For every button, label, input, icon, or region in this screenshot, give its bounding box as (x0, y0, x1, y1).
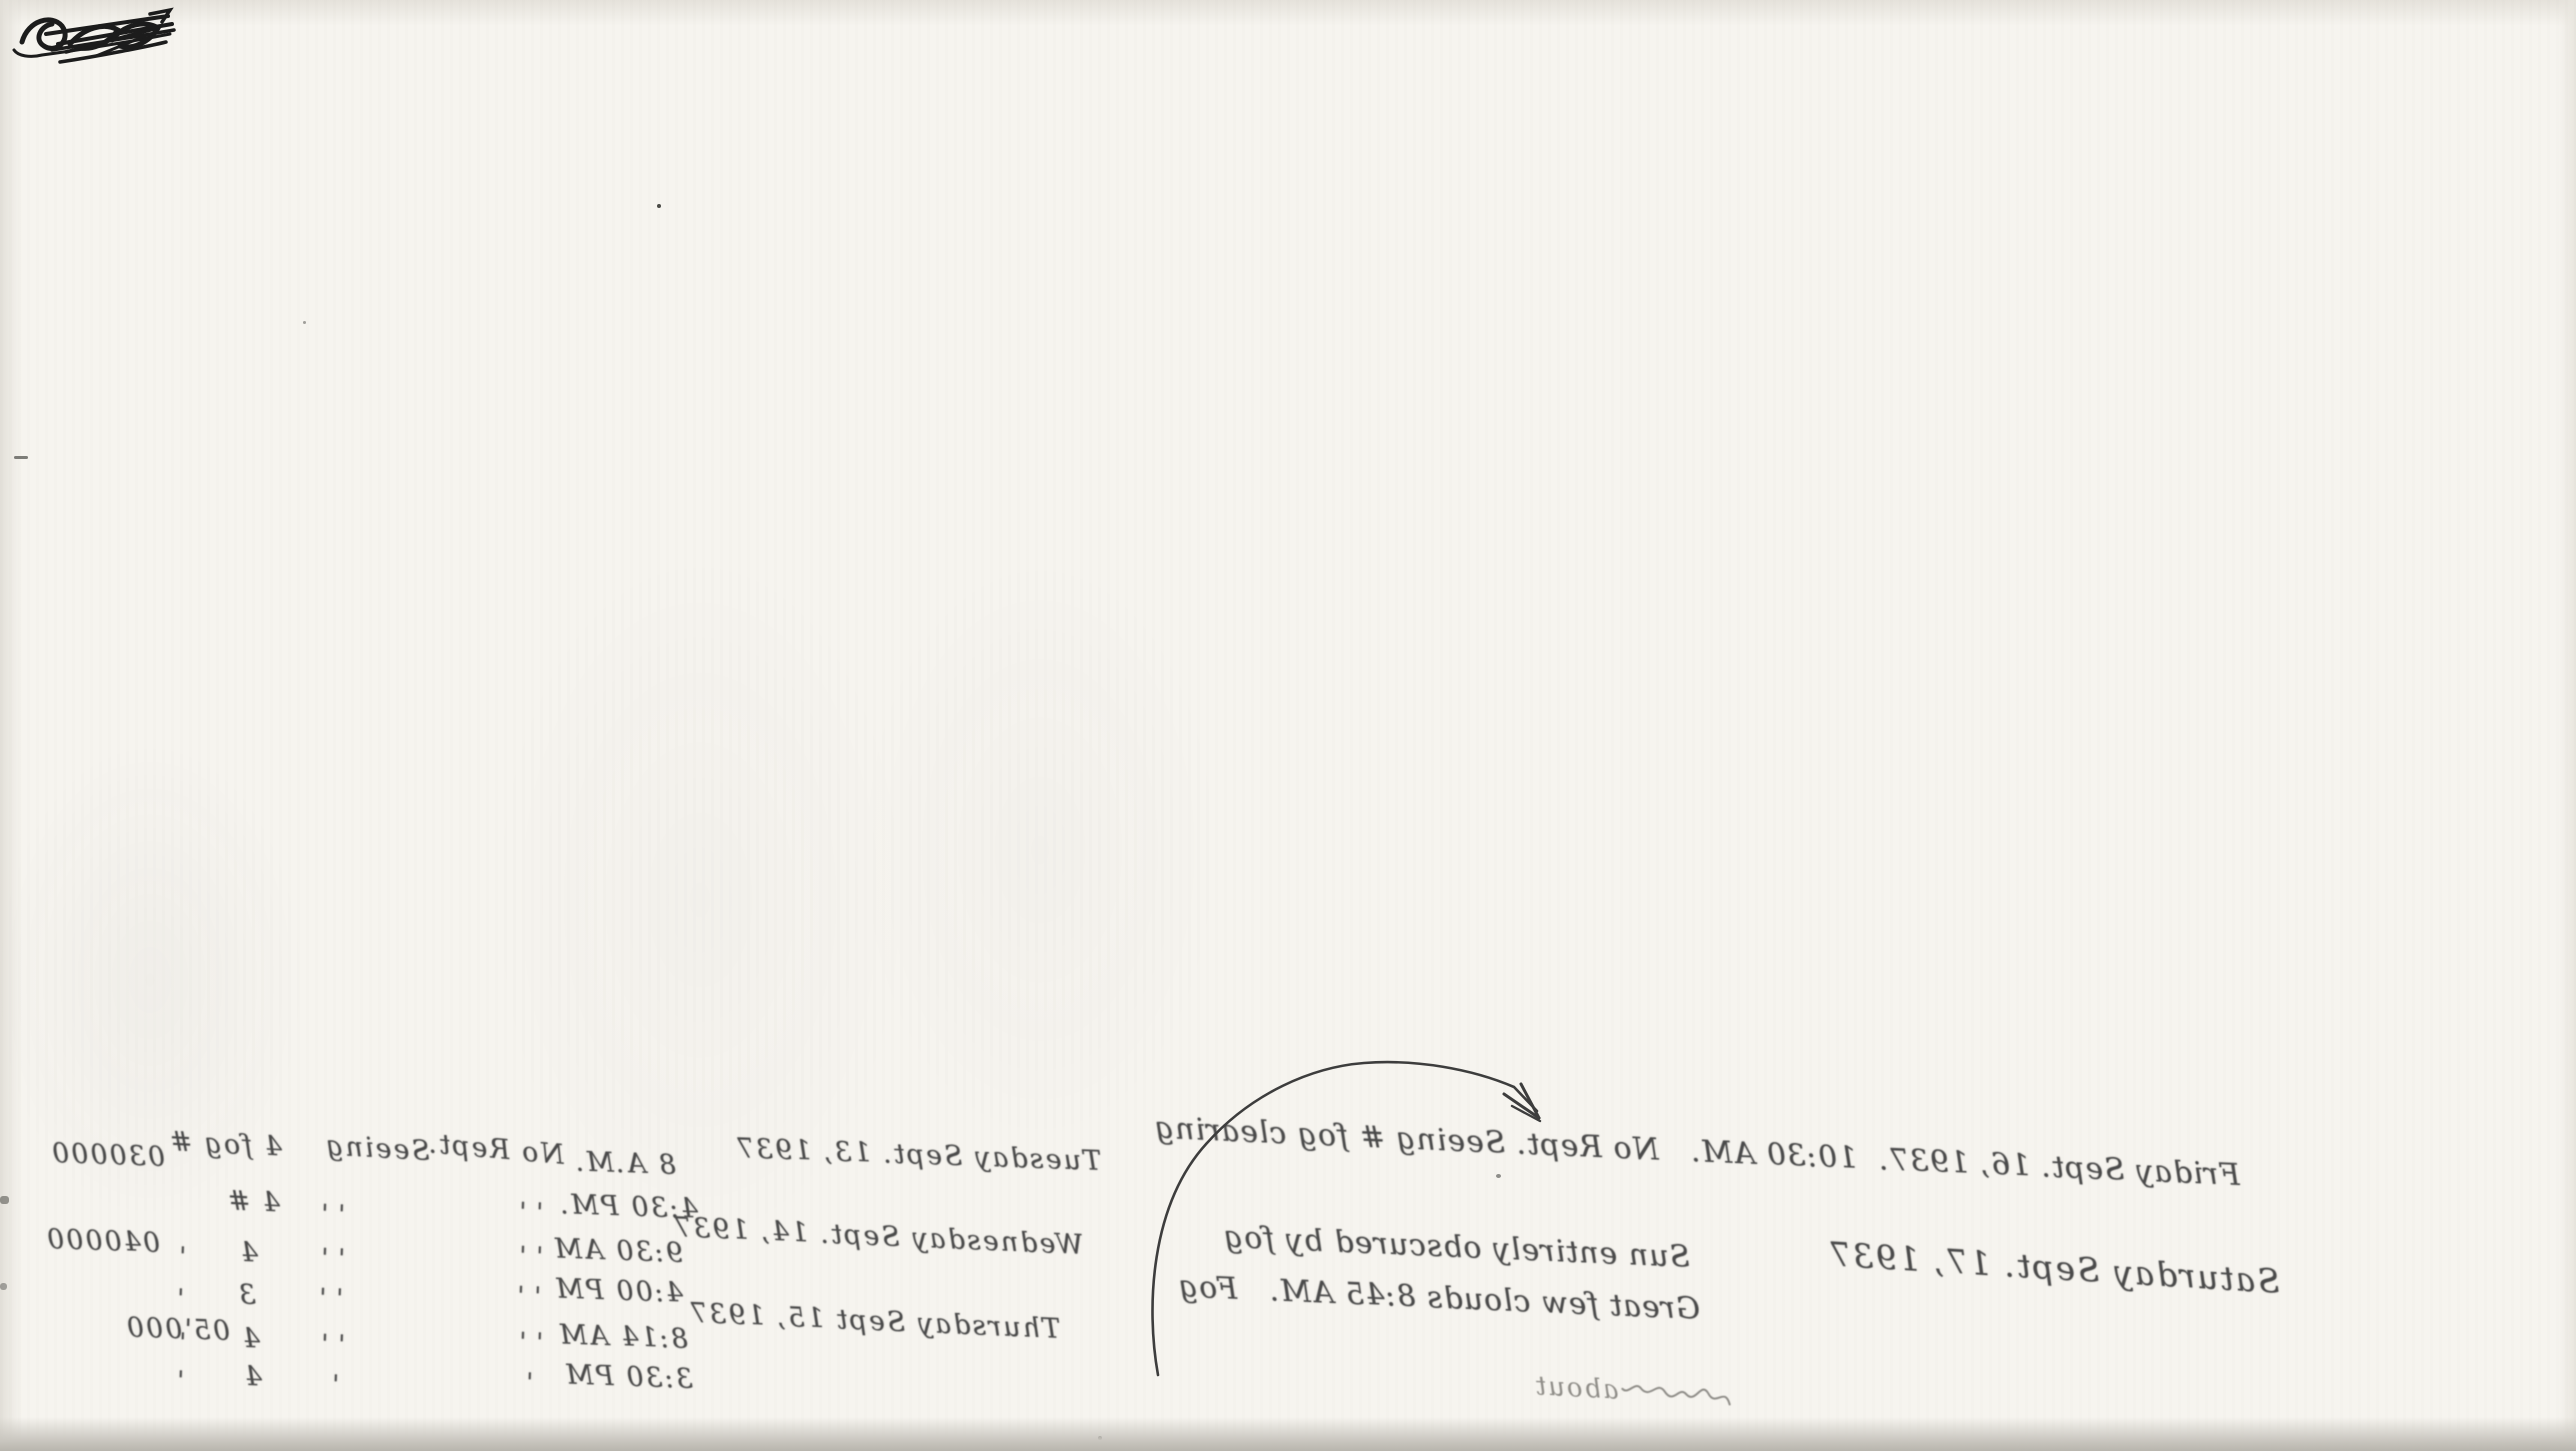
ditto-mark: ' (176, 1284, 185, 1313)
ink-speck (303, 321, 306, 324)
log-number: 040000 (44, 1224, 160, 1259)
ink-speck (1496, 1174, 1501, 1178)
ink-speck (657, 204, 661, 208)
log-time: 8 A.M. (573, 1146, 676, 1181)
saturday-date: Saturday Sept. 17, 1937 (1827, 1234, 2282, 1301)
log-time: 3:30 PM (564, 1360, 694, 1395)
page-edge-mark (0, 1283, 7, 1290)
log-report: No Rept. (426, 1128, 566, 1171)
ditto-marks: ' ' (320, 1243, 346, 1273)
scan-edge-bottom (0, 1417, 2576, 1451)
log-rating: 3 (236, 1279, 256, 1311)
ditto-mark: ' (178, 1242, 187, 1271)
ditto-marks: ' ' (320, 1199, 346, 1229)
ditto-marks: ' ' (516, 1281, 542, 1311)
ditto-mark: ' (331, 1370, 340, 1399)
log-date: Tuesday Sept. 13, 1937 (734, 1133, 1101, 1177)
scanned-logbook-page: Tuesday Sept. 13, 1937 8 A.M. No Rept. S… (0, 0, 2576, 1451)
page-edge-mark (0, 1196, 9, 1204)
log-time: 8:14 AM (557, 1319, 688, 1355)
ditto-mark: ' (525, 1368, 534, 1397)
page-edge-nick (14, 456, 28, 459)
ditto-mark: ' (176, 1366, 185, 1395)
friday-entry: Friday Sept. 16, 1937. 10:30 AM. No Rept… (1153, 1111, 2240, 1193)
ditto-marks: ' ' (518, 1197, 544, 1227)
log-rating: 4 (242, 1361, 262, 1393)
log-rating: 4 (240, 1323, 260, 1355)
log-rating: 4 fog # (167, 1126, 283, 1163)
bleedthrough-mirror-layer: Tuesday Sept. 13, 1937 8 A.M. No Rept. S… (0, 0, 2576, 1451)
illegible-pencil-squiggle (1618, 1373, 1738, 1415)
ditto-marks: ' ' (318, 1283, 344, 1313)
log-rating: 4 # (225, 1185, 281, 1219)
saturday-entry: Sun entirely obscured by fog (1222, 1220, 1690, 1275)
log-date: Thursday Sept 15, 1937 (687, 1298, 1060, 1345)
log-seeing: Seeing (324, 1130, 431, 1166)
log-time: 4:00 PM (554, 1274, 684, 1309)
pencil-note-text: about (1533, 1371, 1619, 1405)
log-number: 030000 (49, 1138, 165, 1173)
log-rating: 4 (238, 1237, 258, 1269)
saturday-entry-2: Great few clouds 8:45 AM. Fog (1177, 1269, 1700, 1327)
ditto-marks: ' ' (518, 1327, 544, 1357)
log-date: Wednesday Sept. 14, 1937 (671, 1212, 1083, 1261)
log-number: 05'000 (124, 1312, 230, 1347)
ditto-marks: ' ' (518, 1241, 544, 1271)
log-time: 9:30 AM (552, 1233, 683, 1269)
ditto-marks: ' ' (320, 1329, 346, 1359)
